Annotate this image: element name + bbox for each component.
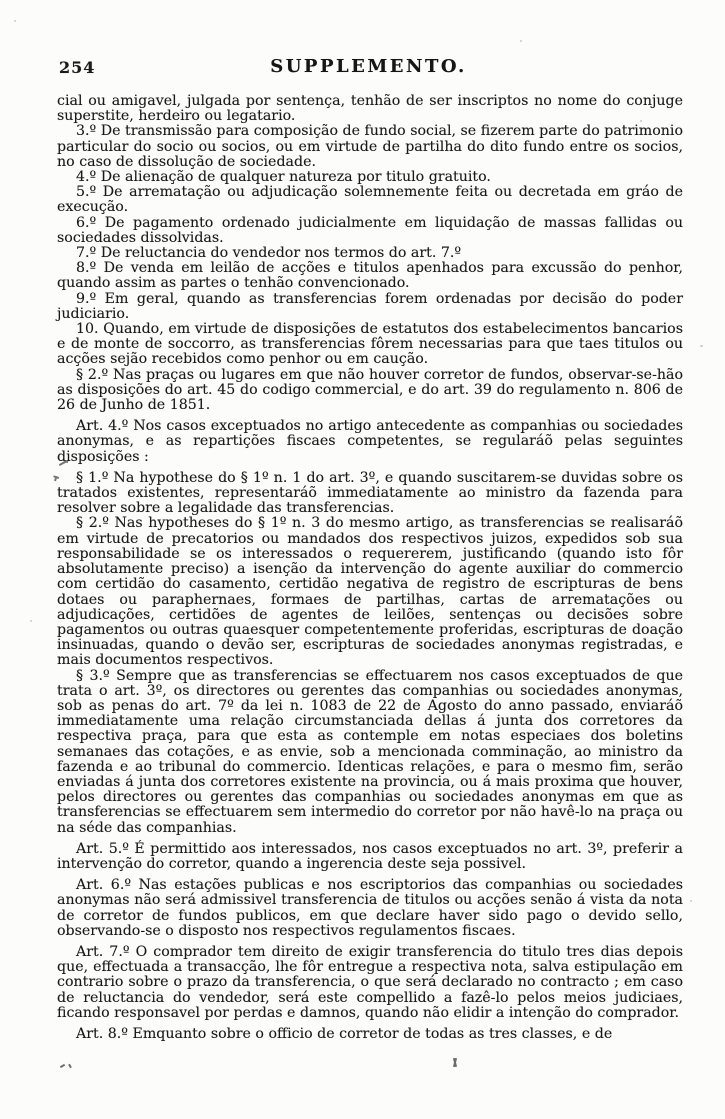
paragraph: 3.º De transmissão para composição de fu… <box>57 124 683 170</box>
paragraph: cial ou amigavel, julgada por sentença, … <box>57 94 683 124</box>
paragraph-par-3: § 3.º Sempre que as transferencias se ef… <box>57 669 683 836</box>
page-body: cial ou amigavel, julgada por sentença, … <box>57 94 683 1042</box>
paragraph-art-4: Art. 4.º Nos casos exceptuados no artigo… <box>57 419 683 465</box>
paragraph: 8.º De venda em leilão de acções e titul… <box>57 261 683 291</box>
page-header: 254 SUPPLEMENTO. <box>57 56 680 78</box>
paragraph: 9.º Em geral, quando as transferencias f… <box>57 292 683 322</box>
scanned-document-page: 254 SUPPLEMENTO. cial ou amigavel, julga… <box>0 0 725 1119</box>
paragraph-art-5: Art. 5.º É permittido aos interessados, … <box>57 842 683 872</box>
paragraph: § 2.º Nas praças ou lugares em que não h… <box>57 368 683 414</box>
ink-artifact <box>451 1058 459 1067</box>
page-title: SUPPLEMENTO. <box>57 56 680 77</box>
paragraph: 5.º De arrematação ou adjudicação solemn… <box>57 185 683 215</box>
paragraph: 6.º De pagamento ordenado judicialmente … <box>57 216 683 246</box>
paragraph-art-6: Art. 6.º Nas estações publicas e nos esc… <box>57 878 683 939</box>
ink-artifact <box>60 1052 75 1071</box>
paragraph: 10. Quando, em virtude de disposições de… <box>57 322 683 368</box>
paragraph-par-2: § 2.º Nas hypotheses do § 1º n. 3 do mes… <box>57 516 683 668</box>
paragraph-par-1: § 1.º Na hypothese do § 1º n. 1 do art. … <box>57 471 683 517</box>
paragraph: 7.º De reluctancia do vendedor nos termo… <box>57 246 683 261</box>
paragraph: 4.º De alienação de qualquer natureza po… <box>57 170 683 185</box>
paragraph-art-8: Art. 8.º Emquanto sobre o officio de cor… <box>57 1027 683 1042</box>
paragraph-art-7: Art. 7.º O comprador tem direito de exig… <box>57 945 683 1021</box>
